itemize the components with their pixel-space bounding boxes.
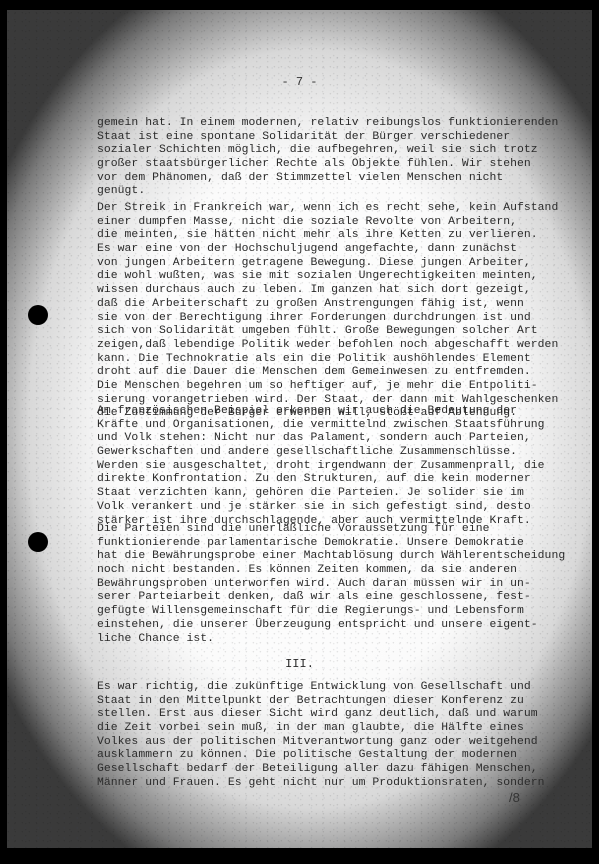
text-line: Volkes aus der politischen Mitverantwort… [97,736,545,750]
text-line: wissen durchaus auch zu leben. Im ganzen… [97,284,558,298]
text-line: Kräfte und Organisationen, die vermittel… [97,419,545,433]
text-line: stellen. Erst aus dieser Sicht wird ganz… [97,708,545,722]
text-line: Es war eine von der Hochschuljugend ange… [97,243,558,257]
text-line: sozialer Schichten möglich, die aufbegeh… [97,144,558,158]
text-line: sich von Solidarität umgeben fühlt. Groß… [97,325,558,339]
scanned-page: - 7 - gemein hat. In einem modernen, rel… [7,10,592,848]
text-line: zeigen,daß lebendige Politik weder befoh… [97,339,558,353]
text-line: serer Parteiarbeit denken, daß wir als e… [97,591,565,605]
text-line: die Zeit vorbei sein muß, in der man gla… [97,722,545,736]
text-line: Gesellschaft bedarf der Beteiligung alle… [97,763,545,777]
text-line: von jungen Arbeitern getragene Bewegung.… [97,257,558,271]
text-line: Der Streik in Frankreich war, wenn ich e… [97,202,558,216]
paragraph-1: gemein hat. In einem modernen, relativ r… [97,117,558,199]
paragraph-2: Der Streik in Frankreich war, wenn ich e… [97,202,558,421]
punch-hole-lower [28,532,48,552]
text-line: Männer und Frauen. Es geht nicht nur um … [97,777,545,791]
text-line: Staat ist eine spontane Solidarität der … [97,131,558,145]
text-line: sie von der Berechtigung ihrer Forderung… [97,312,558,326]
text-line: gemein hat. In einem modernen, relativ r… [97,117,558,131]
text-line: liche Chance ist. [97,633,565,647]
page-number: - 7 - [7,75,592,89]
section-heading: III. [7,657,592,671]
text-line: Die Menschen begehren um so heftiger auf… [97,380,558,394]
text-line: daß die Arbeiterschaft zu großen Anstren… [97,298,558,312]
paragraph-4: Die Parteien sind die unerläßliche Vorau… [97,523,565,646]
text-line: gefügte Willensgemeinschaft für die Regi… [97,605,565,619]
text-line: vor dem Phänomen, daß der Stimmzettel vi… [97,172,558,186]
text-line: Gewerkschaften und andere gesellschaftli… [97,446,545,460]
punch-hole-upper [28,305,48,325]
text-line: Werden sie ausgeschaltet, droht irgendwa… [97,460,545,474]
text-line: Volk verankert und je stärker sie in sic… [97,501,545,515]
text-line: Die Parteien sind die unerläßliche Vorau… [97,523,565,537]
text-line: einstehen, die unserer Überzeugung entsp… [97,619,565,633]
text-line: die wohl wußten, was sie mit sozialen Un… [97,270,558,284]
text-line: noch nicht bestanden. Es können Zeiten k… [97,564,565,578]
text-line: direkte Konfrontation. Zu den Strukturen… [97,473,545,487]
text-line: die meinten, sie hätten nicht mehr als i… [97,229,558,243]
text-line: großer staatsbürgerlicher Rechte als Obj… [97,158,558,172]
text-line: einer dumpfen Masse, nicht die soziale R… [97,216,558,230]
text-line: genügt. [97,185,558,199]
text-line: Staat verzichten kann, gehören die Parte… [97,487,545,501]
text-line: kann. Die Technokratie als ein die Polit… [97,353,558,367]
text-line: ausklammern zu können. Die politische Ge… [97,749,545,763]
text-line: und Volk stehen: Nicht nur das Palament,… [97,432,545,446]
text-line: Am französischen Beispiel erkennen wir a… [97,405,545,419]
paragraph-3: Am französischen Beispiel erkennen wir a… [97,405,545,528]
paragraph-5: Es war richtig, die zukünftige Entwicklu… [97,681,545,791]
text-line: funktionierende parlamentarische Demokra… [97,537,565,551]
text-line: Bewährungsproben unterworfen wird. Auch … [97,578,565,592]
text-line: hat die Bewährungsprobe einer Machtablös… [97,550,565,564]
text-line: Staat in den Mittelpunkt der Betrachtung… [97,695,545,709]
text-line: droht auf die Dauer die Menschen dem Gem… [97,366,558,380]
continuation-marker: /8 [509,790,520,805]
text-line: Es war richtig, die zukünftige Entwicklu… [97,681,545,695]
